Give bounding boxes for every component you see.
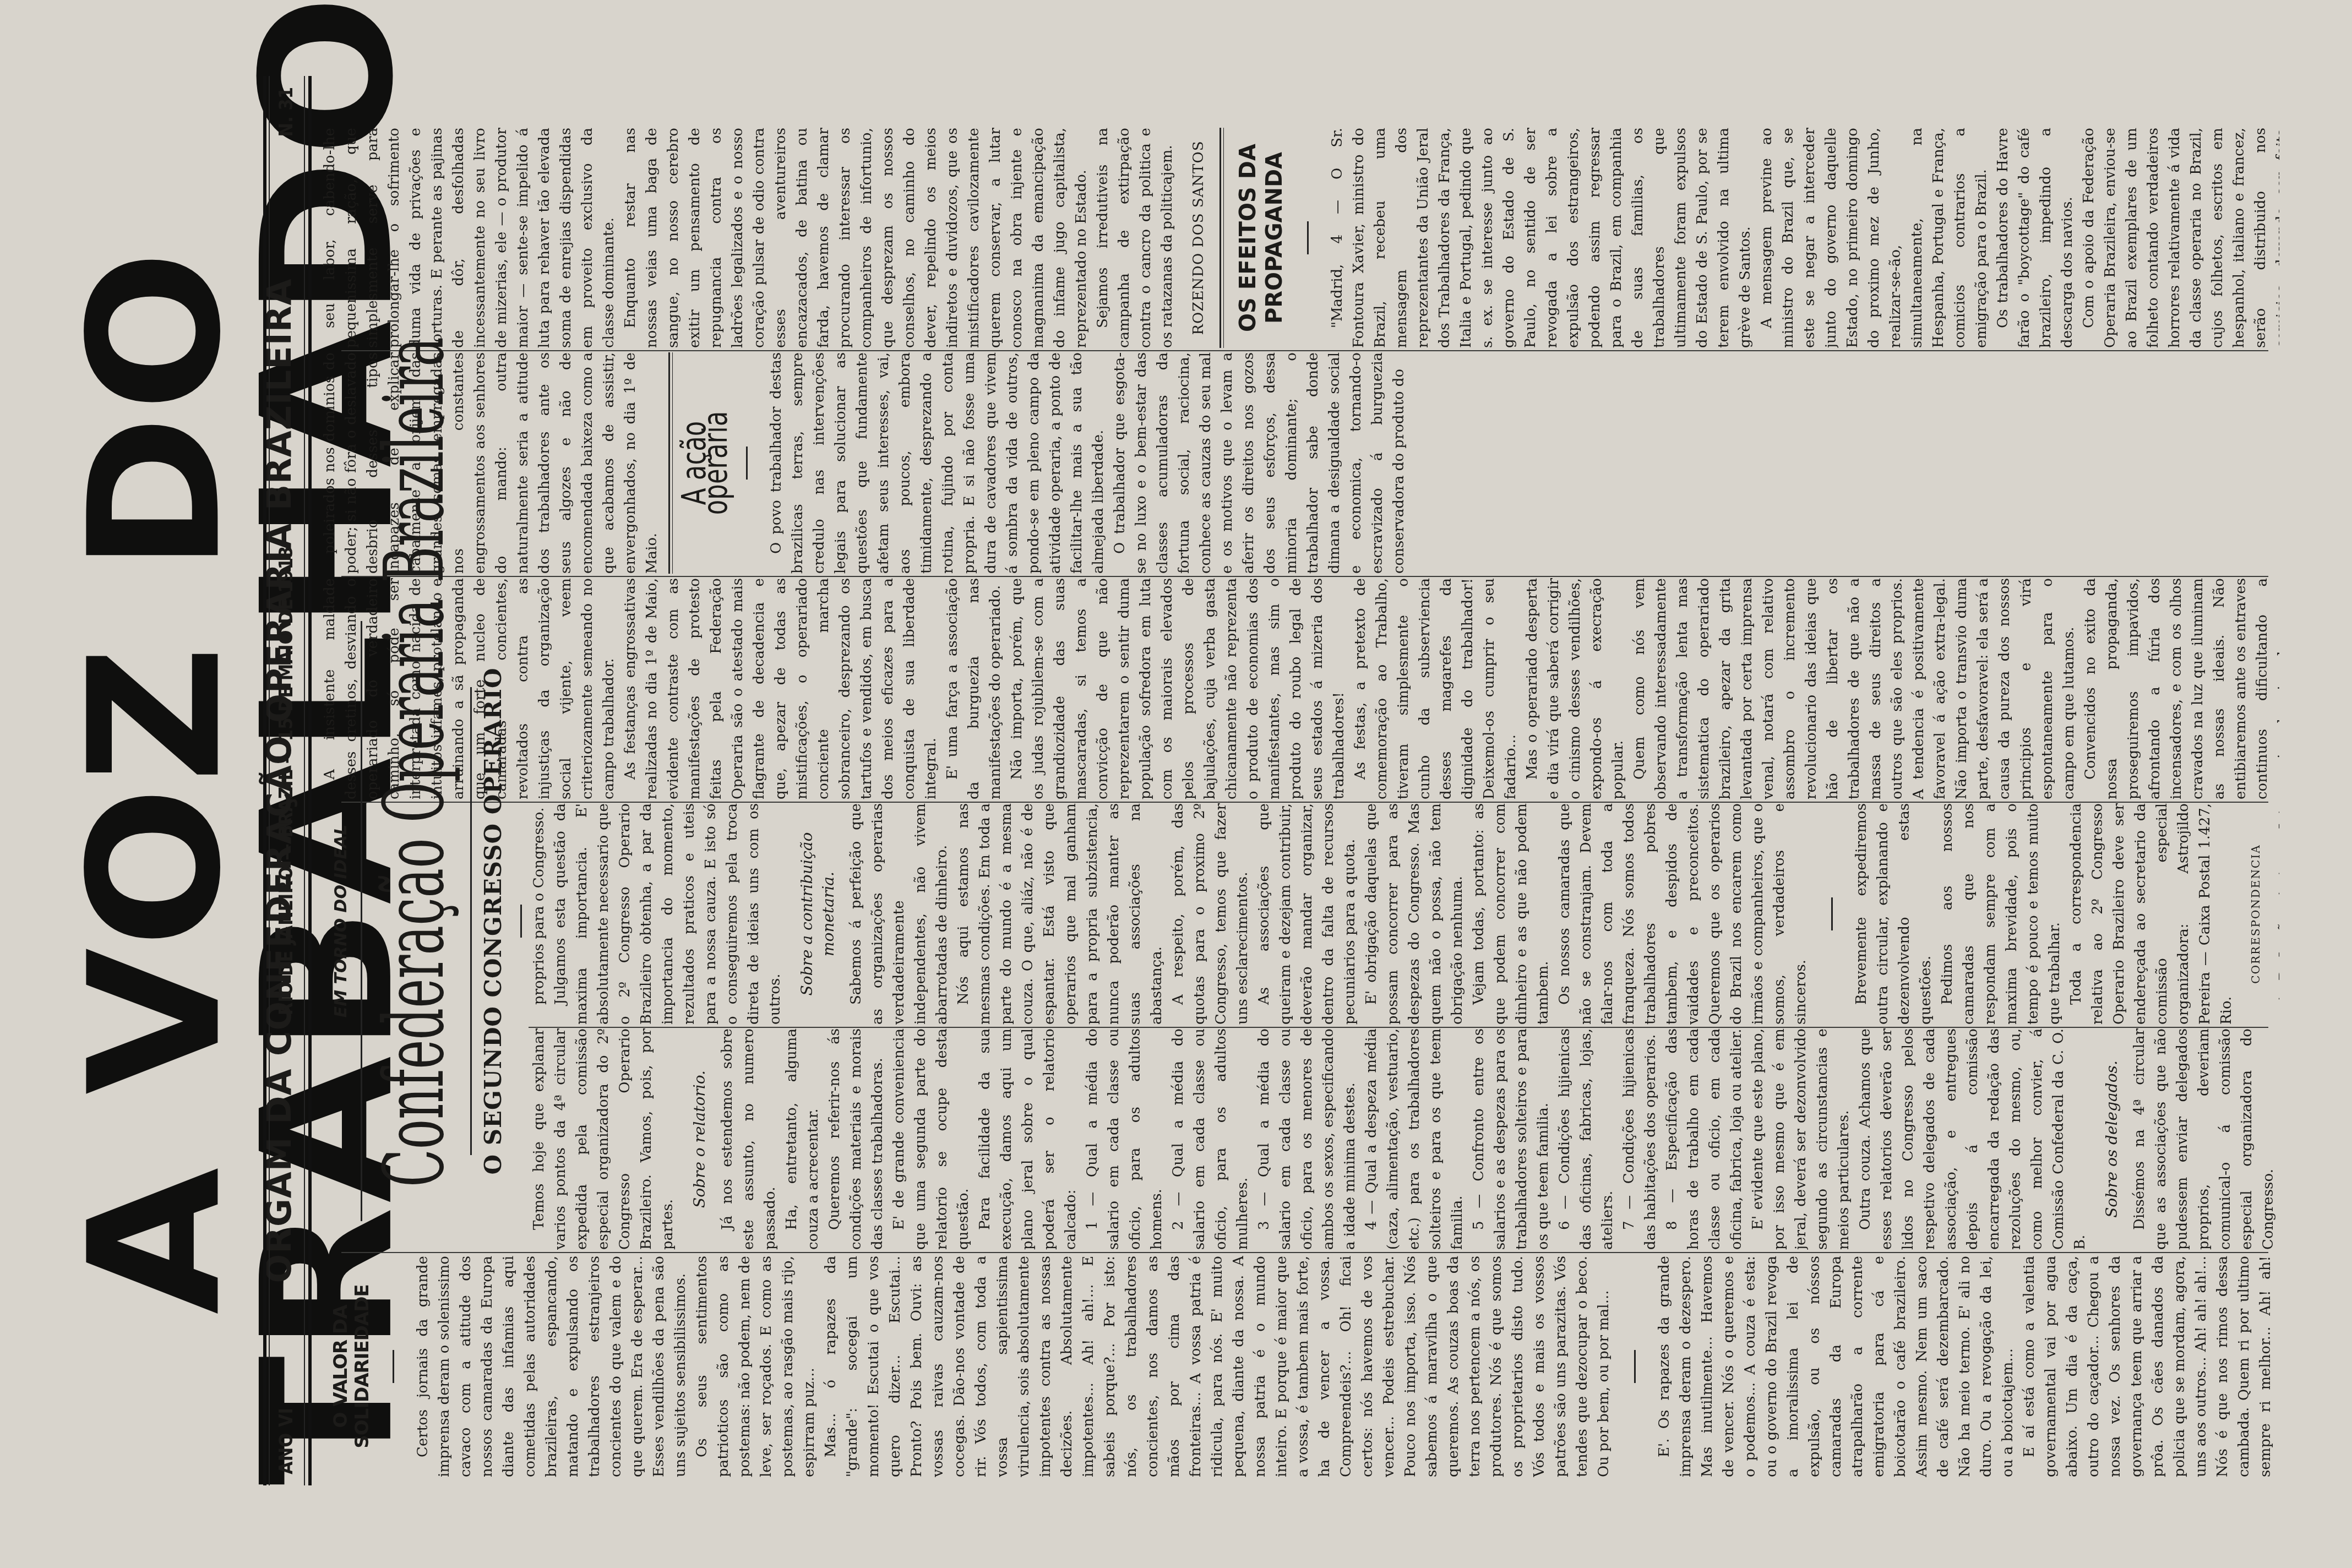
subheading: Sobre o relatorio. xyxy=(689,1028,710,1250)
paragraph: 2 — Qual a média do salario em cada clas… xyxy=(1168,1028,1254,1250)
paragraph: Enquanto restar nas nossas veias uma bag… xyxy=(620,128,1092,348)
paragraph: Os nossos camaradas que não se constranj… xyxy=(1554,803,1812,1025)
article-heading: O VALOR DA SOLIDARIEDADE xyxy=(330,1256,373,1477)
paragraph: 4 — Qual a despeza média (caza, alimenta… xyxy=(1361,1028,1468,1250)
column-rule xyxy=(341,1252,2268,1253)
paragraph: Os seus sentimentos patrioticos são como… xyxy=(692,1256,820,1477)
paragraph: "Madrid, 4 — O Sr. Fontoura Xavier, mini… xyxy=(1327,128,1756,348)
paragraph: Queremos referir-nos ás condições materi… xyxy=(824,1028,889,1250)
paragraph: Com o apoio da Federação Operaria Brazil… xyxy=(2078,128,2279,348)
correspondence-heading: CORRESPONDENCIA xyxy=(2245,803,2267,1025)
paragraph: Convencidos no exito da nossa propaganda… xyxy=(2080,578,2279,799)
column-rule xyxy=(529,1027,2268,1028)
paragraph: Certos jornais da grande imprensa deram … xyxy=(412,1256,692,1477)
paragraph: A respeito, porém, das quotas para o pro… xyxy=(1168,803,1254,1025)
paragraph: Quem como nós vem observando interessada… xyxy=(1629,578,2080,799)
paragraph: E'. Os rapazes da grande imprensa deram … xyxy=(1654,1256,2019,1477)
paragraph: Mas... ó rapazes da "grande": socegai um… xyxy=(820,1256,1615,1477)
paragraph: Outra couza. Achamos que esses relatorio… xyxy=(1855,1028,2091,1250)
paragraph: O trabalhador que esgota-se no luxo e o … xyxy=(1109,352,1410,574)
subheading: Sobre os delegados. xyxy=(2101,1028,2122,1250)
paragraph: Toda a correspondencia relativa ao 2º Co… xyxy=(2066,803,2237,1025)
paragraph: E' evidente que este plano, por isso mes… xyxy=(1747,1028,1855,1250)
paragraph: proprios para o Congresso. xyxy=(529,803,550,1025)
separator xyxy=(1297,128,1318,348)
paragraph: Vejam todas, portanto: as que podem conc… xyxy=(1468,803,1554,1025)
paragraph: Os trabalhadores do Havre farão o "boyco… xyxy=(1992,128,2078,348)
double-rule xyxy=(1219,128,1224,348)
separator xyxy=(382,1256,404,1477)
paragraph: Sejamos irredutiveis na campanha de exti… xyxy=(1092,128,1178,348)
paragraph: Pedimos aos nossos camaradas que nos res… xyxy=(1937,803,2066,1025)
paragraph: As associações que queiram e dezejam con… xyxy=(1254,803,1361,1025)
paragraph: As festanças engrossativas realizadas no… xyxy=(620,578,942,799)
column-rule xyxy=(341,350,2268,351)
paragraph: E' uma farça a associação da burguezia n… xyxy=(942,578,1006,799)
paragraph: A mensagem previne ao ministro do Brazil… xyxy=(1756,128,1992,348)
column-3: proprios para o Congresso. Julgamos esta… xyxy=(529,803,2279,1025)
paragraph: seu labor, cabendo-lhe pequenissima raçã… xyxy=(319,128,620,348)
dateline-rule xyxy=(304,76,305,1485)
paragraph: Ha, entretanto, alguma couza a acrecenta… xyxy=(781,1028,824,1250)
paragraph: A insistente maldade desses cretinos, de… xyxy=(319,578,620,799)
paragraph: As festas, a pretexto de comemoração ao … xyxy=(1350,578,1522,799)
column-rule xyxy=(341,802,2268,803)
masthead-rule xyxy=(263,76,266,1485)
subheading: Sobre a contribuição monetaria. xyxy=(796,803,839,1025)
newspaper-page: A VOZ DO TRABALHADOR ORGAM DA CONFEDERAÇ… xyxy=(0,0,2352,1568)
column-5: poleirados nos dominios do poder; si não… xyxy=(319,352,2279,574)
separator xyxy=(1624,1256,1645,1477)
paragraph: Brevemente expediremos outra circular, e… xyxy=(1851,803,1937,1025)
article-heading: A ação operaria xyxy=(684,380,727,546)
paragraph: 3 — Qual a média do salario em cada clas… xyxy=(1254,1028,1361,1250)
column-2: Temos hoje que explanar varios pontos da… xyxy=(529,1028,2279,1250)
dateline-rule-thick xyxy=(308,76,312,1485)
paragraph: E aí está como a valentia governamental … xyxy=(2019,1256,2279,1477)
double-rule xyxy=(668,352,673,574)
paragraph: O povo trabalhador destas brazilicas ter… xyxy=(766,352,1109,574)
column-1: O VALOR DA SOLIDARIEDADE Certos jornais … xyxy=(319,1256,2279,1477)
paragraph: A. B. Irmãos Artistas, Juiz de Fóra — Ce… xyxy=(2274,803,2279,1025)
masthead-rule-thin xyxy=(269,76,270,1485)
column-6: seu labor, cabendo-lhe pequenissima raçã… xyxy=(319,128,2279,348)
dateline: ANO VI RIO DE JANEIRO — BRAZIL — 15 DE M… xyxy=(275,76,303,1485)
signature: ROZENDO DOS SANTOS xyxy=(1188,128,1210,348)
paragraph: Não importa, porém, que os judas rojubil… xyxy=(1006,578,1350,799)
column-rule xyxy=(341,576,2268,577)
paragraph: Julgamos esta questão da maxima importan… xyxy=(550,803,786,1025)
paragraph: Mas o operariado desperta e dia virá que… xyxy=(1522,578,1629,799)
paragraph: 8 — Especificação das horas de trabalho … xyxy=(1662,1028,1747,1250)
paragraph: Para facilidade da sua execução, damos a… xyxy=(974,1028,1082,1250)
separator xyxy=(736,352,757,574)
article-heading: OS EFEITOS DA PROPAGANDA xyxy=(1235,128,1288,348)
place-date: RIO DE JANEIRO — BRAZIL — 15 DE MAIO DE … xyxy=(275,76,297,1485)
paragraph: Dissémos na 4ª circular que as associaçõ… xyxy=(2129,1028,2279,1250)
paragraph: Já nos estendemos sobre este assunto, no… xyxy=(717,1028,781,1250)
issue-number: N. 31 xyxy=(275,87,297,137)
paragraph: 1 — Qual a média do salario em cada clas… xyxy=(1082,1028,1168,1250)
paragraph: Temos hoje que explanar varios pontos da… xyxy=(529,1028,679,1250)
paragraph: poleirados nos dominios do poder; si não… xyxy=(319,352,663,574)
paragraph: 6 — Condições hijienicas das oficinas, f… xyxy=(1554,1028,1619,1250)
paragraph: Sabemos á perfeição que as organizações … xyxy=(846,803,953,1025)
paragraph: E' de grande conveniencia que uma segund… xyxy=(889,1028,974,1250)
paragraph: Nós aqui estamos nas mesmas condições. E… xyxy=(953,803,1168,1025)
column-4: A insistente maldade desses cretinos, de… xyxy=(319,578,2279,799)
paragraph: 7 — Condições hijienicas das habitações … xyxy=(1619,1028,1662,1250)
separator xyxy=(1821,803,1842,1025)
paragraph: E' obrigação daquelas que possam concorr… xyxy=(1361,803,1468,1025)
paragraph: 5 — Confronto entre os salarios e as des… xyxy=(1468,1028,1554,1250)
